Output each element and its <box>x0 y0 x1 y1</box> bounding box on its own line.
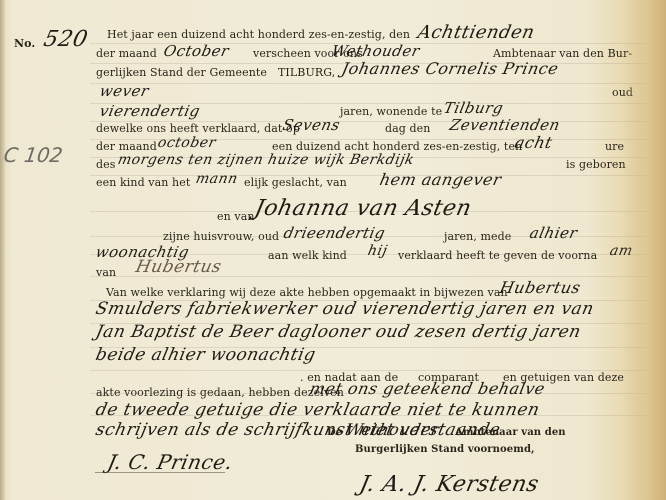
handwritten-day: Zeventienden <box>448 116 562 134</box>
handwritten-month: October <box>162 42 231 60</box>
printed-text: zijne huisvrouw, oud <box>163 230 279 243</box>
printed-text: Het jaar een duizend acht honderd zes-en… <box>107 28 410 41</box>
handwritten-sex: mann <box>194 171 239 187</box>
printed-text: dag den <box>385 122 430 135</box>
printed-text: van <box>96 266 116 279</box>
page-edge <box>622 0 666 500</box>
printed-text: De <box>327 427 342 438</box>
handwritten-signing-note: met ons geteekend behalve <box>308 379 547 398</box>
printed-text: een kind van het <box>96 176 190 189</box>
handwritten-mother-age: drieendertig <box>282 224 387 242</box>
handwritten-signing-note-3: schrijven als de schrijfkunst niet verst… <box>94 420 503 440</box>
margin-note: C 102 <box>2 143 64 167</box>
printed-text: jaren, wonende te <box>340 105 442 118</box>
handwritten-hour: acht <box>513 133 554 152</box>
handwritten-place-of-birth: morgens ten zijnen huize wijk Berkdijk <box>116 152 415 168</box>
handwritten-weekday: Sevens <box>281 116 342 134</box>
printed-text: des <box>96 158 116 171</box>
record-number: 520 <box>41 27 90 52</box>
printed-text: aan welk kind <box>268 249 347 262</box>
signature-line <box>95 472 225 473</box>
municipality: TILBURG, <box>278 66 335 79</box>
handwritten-mother-residence: alhier <box>528 224 579 242</box>
official-signature: J. A. J. Kerstens <box>357 472 541 497</box>
handwritten-occupation: wever <box>98 82 151 100</box>
handwritten-official-title-closing: Wethouder <box>344 420 441 439</box>
handwritten-declarant-name: Johannes Cornelis Prince <box>340 59 560 78</box>
printed-text: Burgerlijken Stand voornoemd, <box>355 444 535 455</box>
declarant-signature: J. C. Prince. <box>105 450 235 474</box>
record-number-label: No. <box>14 37 35 50</box>
handwritten-witness-1: Smulders fabriekwerker oud vierendertig … <box>94 299 596 319</box>
printed-text: jaren, mede <box>444 230 511 243</box>
binding-edge <box>0 0 6 500</box>
printed-text: akte voorlezing is gedaan, hebben dezelv… <box>96 386 344 399</box>
ruled-line <box>90 83 650 84</box>
printed-text: der maand <box>96 47 157 60</box>
printed-text: en van <box>217 210 255 223</box>
birth-record-page: No. 520 C 102 Het jaar een duizend acht … <box>0 0 666 500</box>
handwritten-age: vierendertig <box>98 102 202 120</box>
handwritten-residence: Tilburg <box>442 99 505 117</box>
printed-text: elijk geslacht, van <box>244 176 347 189</box>
printed-text: Van welke verklaring wij deze akte hebbe… <box>106 286 508 299</box>
handwritten-witness-1-first: Hubertus <box>498 278 583 297</box>
handwritten-signing-note-2: de tweede getuige die verklaarde niet te… <box>94 400 542 420</box>
handwritten-official-title: Wethouder <box>330 42 421 60</box>
handwritten-birth-month: october <box>156 135 217 151</box>
handwritten-date: Achttienden <box>416 22 537 43</box>
printed-text: gerlijken Stand der Gemeente <box>96 66 267 79</box>
handwritten-witness-residence: beide alhier woonachtig <box>94 345 318 365</box>
handwritten-father: hem aangever <box>378 170 503 189</box>
handwritten-mother-name: Johanna van Asten <box>252 196 474 221</box>
handwritten-pronoun: hij <box>366 243 389 259</box>
printed-text: dewelke ons heeft verklaard, dat op <box>96 122 300 135</box>
printed-text: verklaard heeft te geven de voorna <box>398 249 597 262</box>
printed-text: Ambtenaar van den <box>455 427 566 438</box>
printed-text: is geboren <box>566 158 626 171</box>
handwritten-witness-2: Jan Baptist de Beer daglooner oud zesen … <box>94 322 583 342</box>
handwritten-child-name: Hubertus <box>134 257 224 277</box>
